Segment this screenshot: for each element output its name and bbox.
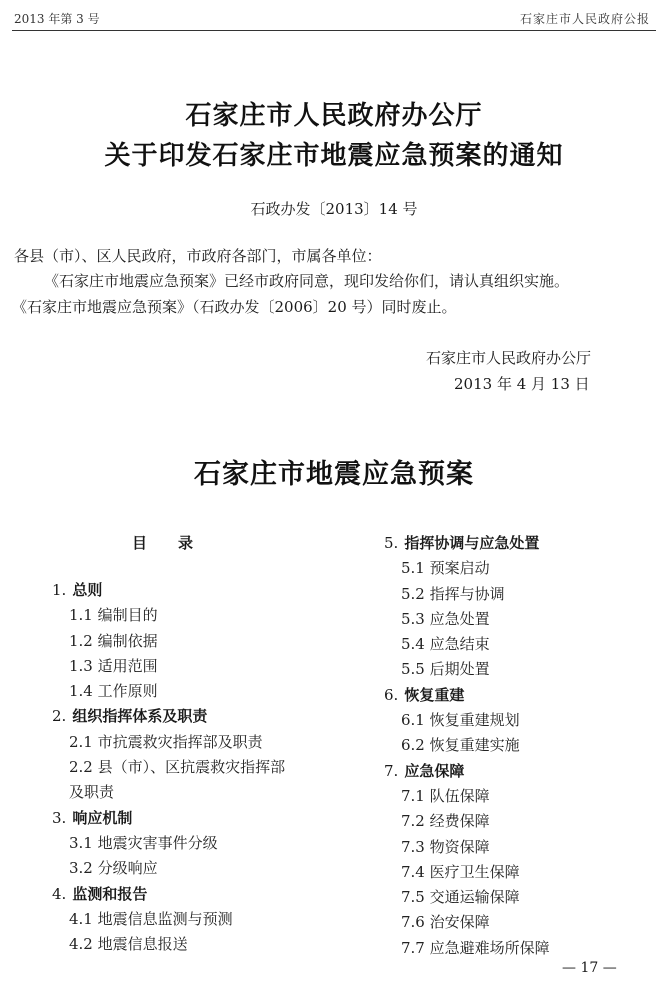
toc-entry-text: 4.1 地震信息监测与预测 bbox=[69, 910, 233, 928]
toc-entry-text: 5.4 应急结束 bbox=[401, 635, 490, 653]
toc-subsection: 4.1 地震信息监测与预测 bbox=[52, 907, 285, 932]
toc-section-number: 7. bbox=[384, 762, 398, 780]
toc-subsection: 7.6 治安保障 bbox=[384, 910, 550, 935]
toc-section-number: 1. bbox=[52, 581, 66, 599]
toc-entry-text: 7.4 医疗卫生保障 bbox=[401, 863, 520, 881]
toc-entry-text: 7.2 经费保障 bbox=[401, 812, 490, 830]
body-paragraph-2: 《石家庄市地震应急预案》（石政办发〔2006〕20 号）同时废止。 bbox=[12, 296, 457, 317]
toc-entry-text: 5.3 应急处置 bbox=[401, 610, 490, 628]
issue-date: 2013 年 4 月 13 日 bbox=[454, 373, 590, 394]
toc-entry-text: 监测和报告 bbox=[72, 885, 147, 903]
toc-section-number: 2. bbox=[52, 707, 66, 725]
toc-subsection: 1.2 编制依据 bbox=[52, 629, 285, 654]
toc-subsection: 1.3 适用范围 bbox=[52, 654, 285, 679]
toc-subsection: 5.2 指挥与协调 bbox=[384, 582, 550, 607]
toc-subsection: 7.3 物资保障 bbox=[384, 835, 550, 860]
toc-entry-text: 5.5 后期处置 bbox=[401, 660, 490, 678]
toc-entry-text: 3.1 地震灾害事件分级 bbox=[69, 834, 218, 852]
toc-entry-text: 3.2 分级响应 bbox=[69, 859, 158, 877]
toc-section: 1.总则 bbox=[52, 578, 285, 603]
toc-entry-text: 1.3 适用范围 bbox=[69, 657, 158, 675]
addressee: 各县（市）、区人民政府，市政府各部门，市属各单位： bbox=[14, 245, 382, 266]
toc-entry-text: 7.3 物资保障 bbox=[401, 838, 490, 856]
toc-subsection: 1.4 工作原则 bbox=[52, 679, 285, 704]
toc-entry-text: 7.5 交通运输保障 bbox=[401, 888, 520, 906]
signer: 石家庄市人民政府办公厅 bbox=[426, 347, 591, 368]
toc-section-number: 6. bbox=[384, 686, 398, 704]
toc-entry-text: 指挥协调与应急处置 bbox=[404, 534, 539, 552]
toc-section: 6.恢复重建 bbox=[384, 683, 550, 708]
toc-subsection: 5.5 后期处置 bbox=[384, 657, 550, 682]
toc-subsection: 5.3 应急处置 bbox=[384, 607, 550, 632]
toc-section-number: 3. bbox=[52, 809, 66, 827]
toc-entry-text: 7.7 应急避难场所保障 bbox=[401, 939, 550, 957]
toc-entry-text: 7.1 队伍保障 bbox=[401, 787, 490, 805]
toc-section: 3.响应机制 bbox=[52, 806, 285, 831]
notice-title-line1: 石家庄市人民政府办公厅 bbox=[0, 95, 668, 132]
toc-entry-text: 6.1 恢复重建规划 bbox=[401, 711, 520, 729]
toc-entry-text: 7.6 治安保障 bbox=[401, 913, 490, 931]
body-paragraph-1: 《石家庄市地震应急预案》已经市政府同意，现印发给你们，请认真组织实施。 bbox=[44, 270, 569, 291]
toc-heading: 目录 bbox=[132, 532, 193, 553]
notice-title-line2: 关于印发石家庄市地震应急预案的通知 bbox=[0, 135, 668, 172]
toc-entry-text: 组织指挥体系及职责 bbox=[72, 707, 207, 725]
toc-section: 2.组织指挥体系及职责 bbox=[52, 704, 285, 729]
toc-subsection: 7.2 经费保障 bbox=[384, 809, 550, 834]
toc-section-number: 5. bbox=[384, 534, 398, 552]
toc-entry-text: 总则 bbox=[72, 581, 102, 599]
page-number: — 17 — bbox=[562, 960, 617, 976]
toc-section: 7.应急保障 bbox=[384, 759, 550, 784]
toc-subsection: 及职责 bbox=[52, 780, 285, 805]
toc-subsection: 7.1 队伍保障 bbox=[384, 784, 550, 809]
toc-subsection: 7.5 交通运输保障 bbox=[384, 885, 550, 910]
toc-subsection: 1.1 编制目的 bbox=[52, 603, 285, 628]
publication-name: 石家庄市人民政府公报 bbox=[520, 10, 650, 27]
plan-title: 石家庄市地震应急预案 bbox=[0, 452, 668, 491]
toc-right-column: 5.指挥协调与应急处置5.1 预案启动5.2 指挥与协调5.3 应急处置5.4 … bbox=[384, 531, 550, 961]
toc-entry-text: 应急保障 bbox=[404, 762, 464, 780]
toc-subsection: 3.2 分级响应 bbox=[52, 856, 285, 881]
toc-entry-text: 响应机制 bbox=[72, 809, 132, 827]
toc-entry-text: 及职责 bbox=[69, 783, 114, 801]
toc-heading-char-1: 目 bbox=[132, 532, 178, 553]
toc-section: 5.指挥协调与应急处置 bbox=[384, 531, 550, 556]
toc-subsection: 5.4 应急结束 bbox=[384, 632, 550, 657]
toc-entry-text: 2.1 市抗震救灾指挥部及职责 bbox=[69, 733, 263, 751]
toc-entry-text: 5.2 指挥与协调 bbox=[401, 585, 505, 603]
issue-label: 2013 年第 3 号 bbox=[14, 10, 100, 27]
toc-entry-text: 1.1 编制目的 bbox=[69, 606, 158, 624]
toc-heading-char-2: 录 bbox=[178, 532, 193, 553]
toc-subsection: 2.2 县（市）、区抗震救灾指挥部 bbox=[52, 755, 285, 780]
toc-subsection: 4.2 地震信息报送 bbox=[52, 932, 285, 957]
toc-entry-text: 恢复重建 bbox=[404, 686, 464, 704]
toc-entry-text: 1.2 编制依据 bbox=[69, 632, 158, 650]
toc-subsection: 3.1 地震灾害事件分级 bbox=[52, 831, 285, 856]
toc-subsection: 6.2 恢复重建实施 bbox=[384, 733, 550, 758]
toc-section: 4.监测和报告 bbox=[52, 882, 285, 907]
toc-section-number: 4. bbox=[52, 885, 66, 903]
toc-entry-text: 6.2 恢复重建实施 bbox=[401, 736, 520, 754]
toc-entry-text: 5.1 预案启动 bbox=[401, 559, 490, 577]
page-header: 2013 年第 3 号 石家庄市人民政府公报 bbox=[12, 6, 656, 31]
toc-subsection: 5.1 预案启动 bbox=[384, 556, 550, 581]
toc-left-column: 1.总则1.1 编制目的1.2 编制依据1.3 适用范围1.4 工作原则2.组织… bbox=[52, 578, 285, 957]
toc-subsection: 7.4 医疗卫生保障 bbox=[384, 860, 550, 885]
toc-subsection: 6.1 恢复重建规划 bbox=[384, 708, 550, 733]
toc-subsection: 7.7 应急避难场所保障 bbox=[384, 936, 550, 961]
toc-entry-text: 2.2 县（市）、区抗震救灾指挥部 bbox=[69, 758, 285, 776]
document-number: 石政办发〔2013〕14 号 bbox=[0, 198, 668, 219]
toc-subsection: 2.1 市抗震救灾指挥部及职责 bbox=[52, 730, 285, 755]
toc-entry-text: 4.2 地震信息报送 bbox=[69, 935, 188, 953]
toc-entry-text: 1.4 工作原则 bbox=[69, 682, 158, 700]
